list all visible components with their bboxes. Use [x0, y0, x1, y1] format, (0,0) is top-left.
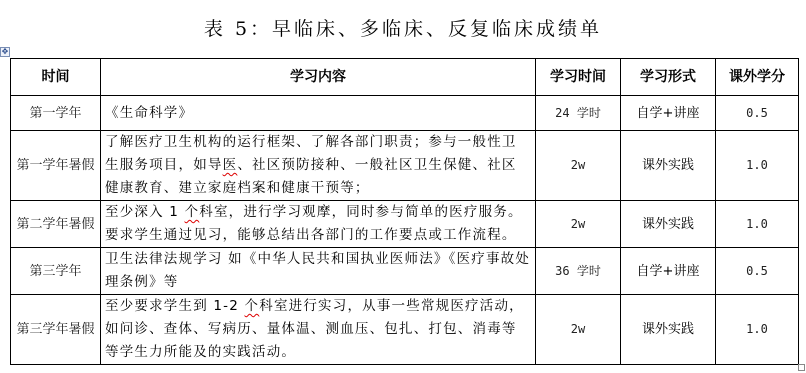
table-resize-handle[interactable]: [798, 364, 805, 371]
grade-table: 时间 学习内容 学习时间 学习形式 课外学分 第一学年 《生命科学》 24 学时…: [10, 58, 799, 365]
cell-hours: 2w: [536, 201, 621, 248]
table-row: 第三学年 卫生法律法规学习 如《中华人民共和国执业医师法》《医疗事故处理条例》等…: [11, 248, 799, 295]
content-text: 至少深入 1: [105, 204, 185, 220]
cell-form: 课外实践: [621, 295, 716, 365]
cell-content: 至少深入 1 个科室，进行学习观摩，同时参与简单的医疗服务。要求学生通过见习，能…: [101, 201, 536, 248]
table-row: 第一学年暑假 了解医疗卫生机构的运行框架、了解各部门职责；参与一般性卫生服务项目…: [11, 131, 799, 201]
cell-content: 《生命科学》: [101, 96, 536, 131]
table-row: 第二学年暑假 至少深入 1 个科室，进行学习观摩，同时参与简单的医疗服务。要求学…: [11, 201, 799, 248]
cell-content: 至少要求学生到 1-2 个科室进行实习，从事一些常规医疗活动，如问诊、查体、写病…: [101, 295, 536, 365]
cell-form: 自学+讲座: [621, 248, 716, 295]
cell-credit: 0.5: [716, 248, 799, 295]
cell-content: 了解医疗卫生机构的运行框架、了解各部门职责；参与一般性卫生服务项目，如导医、社区…: [101, 131, 536, 201]
cell-time: 第三学年: [11, 248, 101, 295]
cell-credit: 1.0: [716, 295, 799, 365]
spellcheck-flagged-word: 医: [223, 157, 238, 173]
cell-time: 第一学年: [11, 96, 101, 131]
cell-form: 课外实践: [621, 201, 716, 248]
cell-form: 课外实践: [621, 131, 716, 201]
cell-form: 自学+讲座: [621, 96, 716, 131]
cell-hours: 2w: [536, 131, 621, 201]
cell-credit: 0.5: [716, 96, 799, 131]
cell-hours: 24 学时: [536, 96, 621, 131]
cell-time: 第二学年暑假: [11, 201, 101, 248]
spellcheck-flagged-word: 个: [245, 298, 260, 314]
table-row: 第三学年暑假 至少要求学生到 1-2 个科室进行实习，从事一些常规医疗活动，如问…: [11, 295, 799, 365]
table-row: 第一学年 《生命科学》 24 学时 自学+讲座 0.5: [11, 96, 799, 131]
table-move-handle-icon[interactable]: ✥: [0, 47, 10, 57]
cell-credit: 1.0: [716, 131, 799, 201]
header-credit: 课外学分: [716, 59, 799, 96]
header-form: 学习形式: [621, 59, 716, 96]
cell-credit: 1.0: [716, 201, 799, 248]
cell-hours: 2w: [536, 295, 621, 365]
cell-time: 第三学年暑假: [11, 295, 101, 365]
spellcheck-flagged-word: 个: [185, 204, 200, 220]
header-hours: 学习时间: [536, 59, 621, 96]
table-caption: 表 5：早临床、多临床、反复临床成绩单: [0, 14, 806, 41]
content-text: 至少要求学生到 1-2: [105, 298, 245, 314]
cell-content: 卫生法律法规学习 如《中华人民共和国执业医师法》《医疗事故处理条例》等: [101, 248, 536, 295]
cell-time: 第一学年暑假: [11, 131, 101, 201]
cell-hours: 36 学时: [536, 248, 621, 295]
table-header-row: 时间 学习内容 学习时间 学习形式 课外学分: [11, 59, 799, 96]
header-time: 时间: [11, 59, 101, 96]
header-content: 学习内容: [101, 59, 536, 96]
